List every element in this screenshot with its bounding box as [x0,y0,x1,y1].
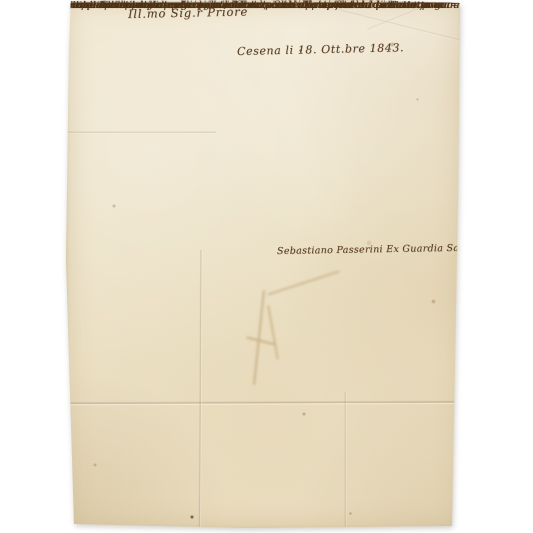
fold-crease-horizontal-faint [66,131,216,134]
bleed-stroke [246,336,276,345]
fold-crease-vertical-right [344,392,347,529]
foxing-spots [66,0,462,529]
wrinkle-crease-top-right-1 [338,9,474,45]
date-line: Cesena li 18. Ott.bre 1843. [237,41,404,58]
signature-line: Sebastiano Passerini Ex Guardia Sant.a [277,242,479,257]
letter-paper: Ill.mo Sig.r Priore Cesena li 18. Ott.br… [66,0,462,529]
ink-bleedthrough-mark [216,280,346,405]
letter-photo-scene: Ill.mo Sig.r Priore Cesena li 18. Ott.br… [0,0,533,533]
bleed-stroke [267,305,279,360]
letter-paper-wrap: Ill.mo Sig.r Priore Cesena li 18. Ott.br… [0,0,533,533]
paper-vignette [66,0,462,529]
fold-crease-vertical-left [198,250,202,529]
bleed-stroke [268,270,340,295]
body-line-9: to passo con stima ad ringraziarla e pie… [66,0,432,11]
bleed-stroke [253,290,265,385]
fold-crease-horizontal [66,400,462,405]
